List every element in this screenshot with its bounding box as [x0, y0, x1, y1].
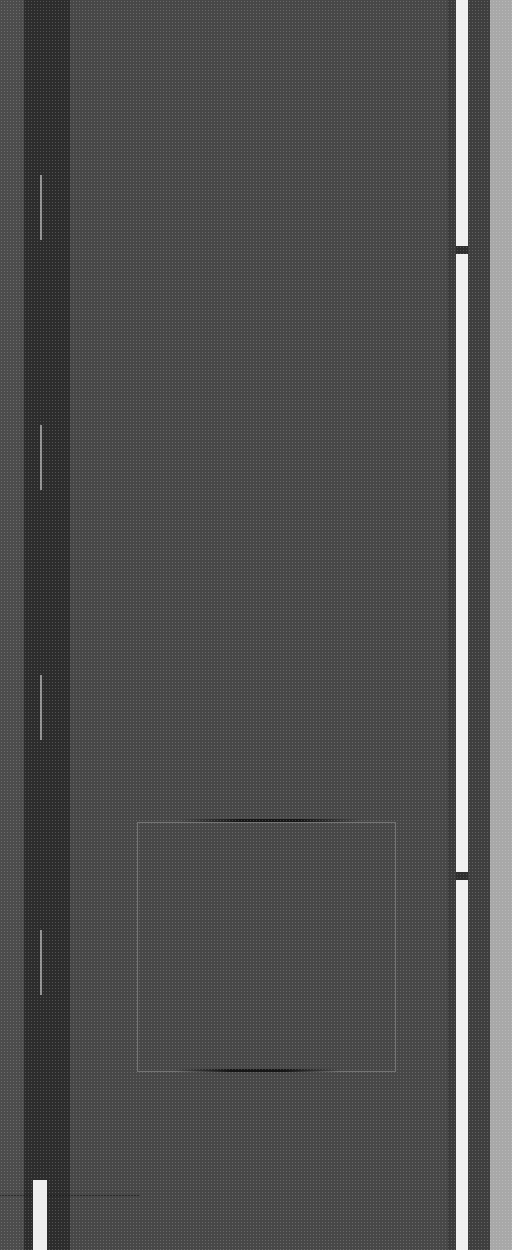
faint-lane-dash	[40, 930, 42, 995]
white-edge-line	[456, 0, 468, 1250]
faint-lane-dash	[40, 175, 42, 240]
shoulder	[448, 0, 456, 1250]
pavement-rectangle-outline	[137, 822, 396, 1072]
pavement-seam	[180, 819, 360, 822]
pavement-joint	[0, 1195, 140, 1196]
pavement-seam	[175, 1069, 340, 1072]
curb	[490, 0, 512, 1250]
edge-line-break	[456, 246, 468, 254]
white-road-marking	[33, 1180, 47, 1250]
faint-lane-dash	[40, 425, 42, 490]
verge	[468, 0, 490, 1250]
edge-line-break	[456, 872, 468, 880]
faint-lane-dash	[40, 675, 42, 740]
left-lane-asphalt	[0, 0, 24, 1250]
dark-pavement-strip	[24, 0, 70, 1250]
